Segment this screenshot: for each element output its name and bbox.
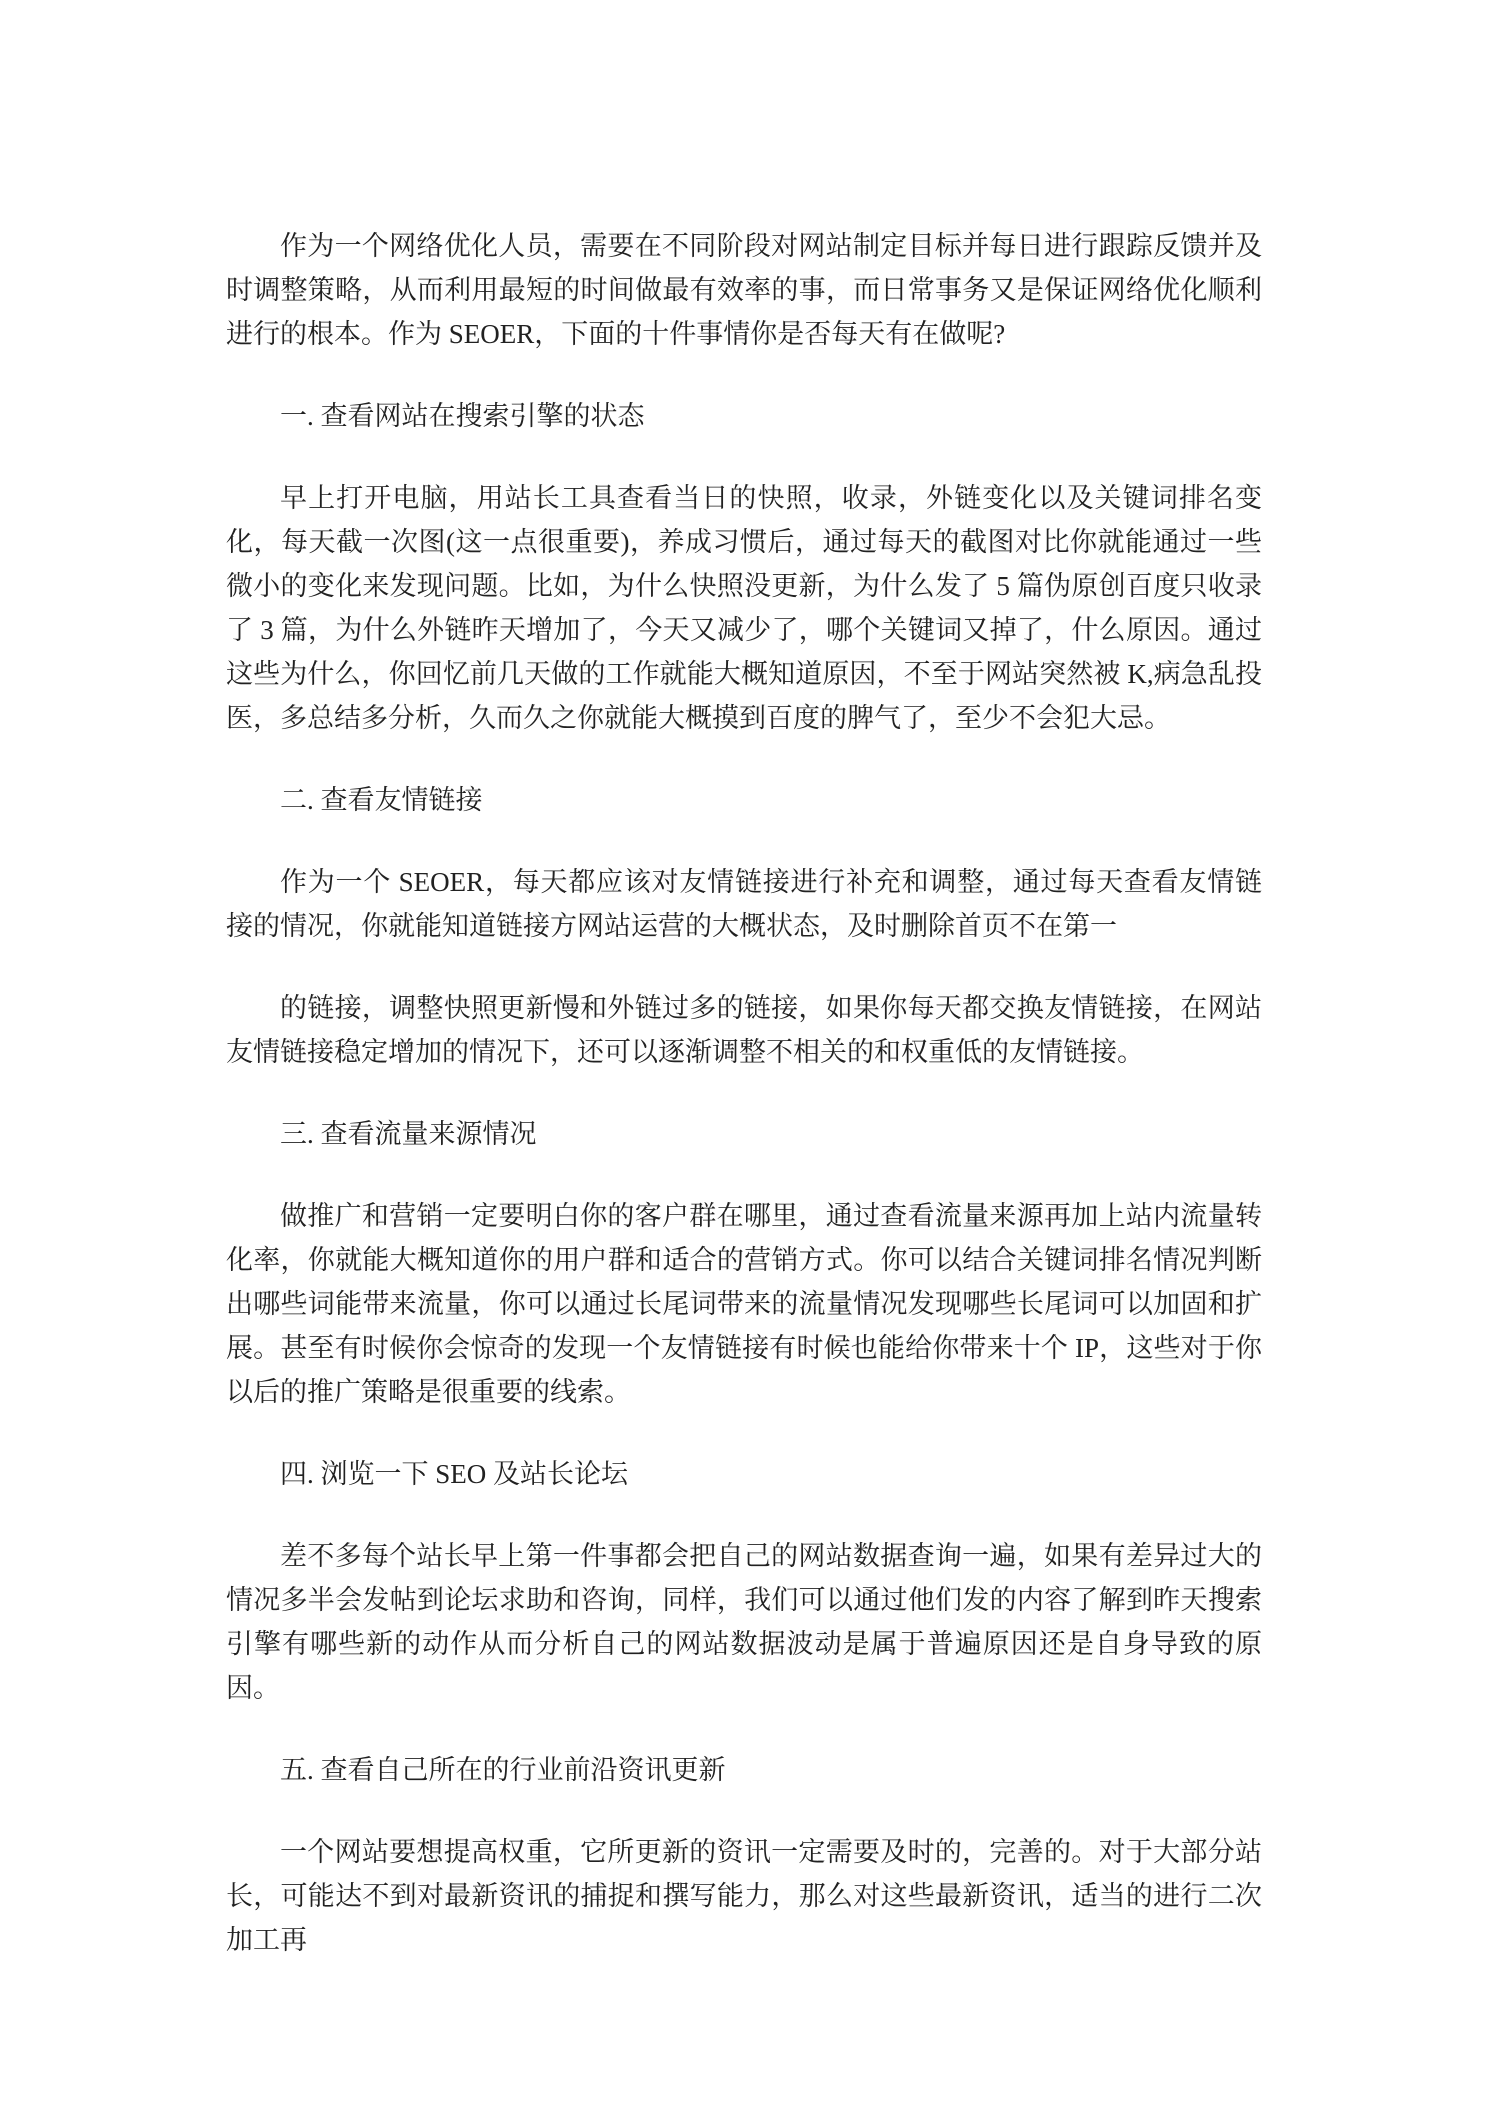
section-heading: 五. 查看自己所在的行业前沿资讯更新 xyxy=(226,1748,1262,1792)
section-paragraph: 作为一个 SEOER，每天都应该对友情链接进行补充和调整，通过每天查看友情链接的… xyxy=(226,860,1262,948)
section-paragraph: 一个网站要想提高权重，它所更新的资讯一定需要及时的，完善的。对于大部分站长，可能… xyxy=(226,1830,1262,1962)
intro-paragraph: 作为一个网络优化人员，需要在不同阶段对网站制定目标并每日进行跟踪反馈并及时调整策… xyxy=(226,224,1262,356)
sections-container: 一. 查看网站在搜索引擎的状态早上打开电脑，用站长工具查看当日的快照，收录，外链… xyxy=(226,394,1262,1962)
section-paragraph: 的链接，调整快照更新慢和外链过多的链接，如果你每天都交换友情链接，在网站友情链接… xyxy=(226,986,1262,1074)
section-paragraph: 做推广和营销一定要明白你的客户群在哪里，通过查看流量来源再加上站内流量转化率，你… xyxy=(226,1194,1262,1414)
document-page: 作为一个网络优化人员，需要在不同阶段对网站制定目标并每日进行跟踪反馈并及时调整策… xyxy=(0,0,1490,2105)
section-heading: 二. 查看友情链接 xyxy=(226,778,1262,822)
section-paragraph: 差不多每个站长早上第一件事都会把自己的网站数据查询一遍，如果有差异过大的情况多半… xyxy=(226,1534,1262,1710)
section-heading: 三. 查看流量来源情况 xyxy=(226,1112,1262,1156)
section-heading: 一. 查看网站在搜索引擎的状态 xyxy=(226,394,1262,438)
section-heading: 四. 浏览一下 SEO 及站长论坛 xyxy=(226,1452,1262,1496)
section-paragraph: 早上打开电脑，用站长工具查看当日的快照，收录，外链变化以及关键词排名变化，每天截… xyxy=(226,476,1262,740)
